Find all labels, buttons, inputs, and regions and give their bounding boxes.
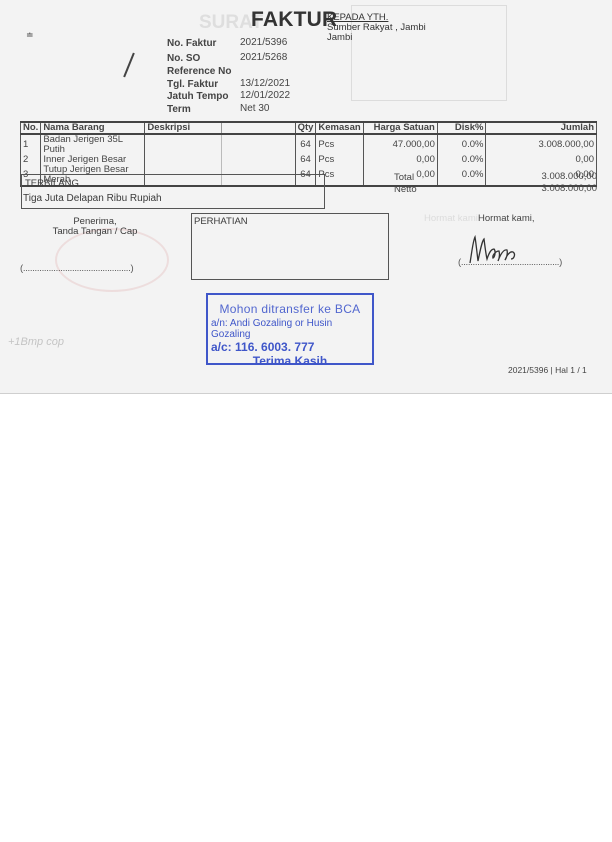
cell-kemasan: Pcs (316, 134, 363, 155)
info-value-jatuh-tempo: 12/01/2022 (240, 90, 290, 101)
perhatian-box: PERHATIAN (191, 213, 389, 280)
cell-qty: 64 (295, 134, 316, 155)
terbilang-value: Tiga Juta Delapan Ribu Rupiah (23, 193, 162, 204)
info-label-reference: Reference No (167, 66, 231, 77)
bank-thanks: Terima Kasih (208, 354, 372, 368)
col-header-nama-barang: Nama Barang (41, 122, 145, 134)
cell-no: 1 (21, 134, 41, 155)
col-header-blank (221, 122, 295, 134)
info-label-jatuh-tempo: Jatuh Tempo (167, 91, 228, 102)
table-header-row: No. Nama Barang Deskripsi Qty Kemasan Ha… (21, 122, 597, 134)
netto-value: 3.008.000,00 (542, 183, 597, 194)
cell-jumlah: 0,00 (486, 155, 597, 165)
sender-signature-line: (.......................................… (458, 257, 562, 268)
col-header-no: No. (21, 122, 41, 134)
bank-instruction: Mohon ditransfer ke BCA (208, 302, 372, 316)
col-header-qty: Qty (295, 122, 316, 134)
col-header-deskripsi: Deskripsi (145, 122, 221, 134)
page-footer-ref: 2021/5396 | Hal 1 / 1 (508, 365, 587, 375)
info-label-tgl-faktur: Tgl. Faktur (167, 79, 218, 90)
ghost-hormat-label: Hormat kami (424, 213, 478, 224)
cell-jumlah: 3.008.000,00 (486, 134, 597, 155)
cell-deskripsi (145, 155, 221, 165)
total-label: Total (394, 172, 414, 183)
info-value-no-so: 2021/5268 (240, 52, 287, 63)
cell-blank (221, 134, 295, 155)
sender-label: Hormat kami, (478, 213, 534, 224)
cell-qty: 64 (295, 155, 316, 165)
pen-mark (123, 53, 135, 78)
terbilang-label: TERBILANG (25, 178, 79, 189)
receiver-sign-caption: Tanda Tangan / Cap (0, 226, 190, 237)
receiver-signature-line: (.......................................… (20, 263, 133, 274)
bank-account-number: a/c: 116. 6003. 777 (208, 340, 372, 354)
cell-deskripsi (145, 134, 221, 155)
info-label-term: Term (167, 104, 191, 115)
company-stamp (55, 228, 169, 292)
cell-harga-satuan: 0,00 (363, 155, 437, 165)
col-header-disk: Disk% (437, 122, 486, 134)
handwritten-note: +1Bmp cop (8, 336, 64, 348)
cell-disk: 0.0% (437, 165, 486, 186)
bank-account-name: a/n: Andi Gozaling or Husin Gozaling (208, 318, 372, 340)
terbilang-box: TERBILANG Tiga Juta Delapan Ribu Rupiah (21, 174, 325, 209)
cell-harga-satuan: 47.000,00 (363, 134, 437, 155)
netto-label: Netto (394, 184, 417, 195)
table-row: 1 Badan Jerigen 35L Putih 64 Pcs 47.000,… (21, 134, 597, 155)
invoice-paper: SURAT ≐ FAKTUR KEPADA YTH. Sumber Rakyat… (0, 0, 612, 394)
info-label-no-faktur: No. Faktur (167, 38, 216, 49)
col-header-kemasan: Kemasan (316, 122, 363, 134)
info-value-no-faktur: 2021/5396 (240, 37, 287, 48)
cell-disk: 0.0% (437, 155, 486, 165)
recipient-city: Jambi (327, 32, 352, 43)
cell-no: 2 (21, 155, 41, 165)
total-value: 3.008.000,00 (542, 171, 597, 182)
stray-mark: ≐ (26, 30, 34, 41)
bank-transfer-stamp: Mohon ditransfer ke BCA a/n: Andi Gozali… (206, 293, 374, 365)
cell-nama-barang: Badan Jerigen 35L Putih (41, 134, 145, 155)
document-title: FAKTUR (251, 8, 337, 32)
perhatian-label: PERHATIAN (194, 216, 248, 227)
col-header-harga-satuan: Harga Satuan (363, 122, 437, 134)
info-value-term: Net 30 (240, 103, 269, 114)
cell-blank (221, 155, 295, 165)
info-label-no-so: No. SO (167, 53, 200, 64)
cell-disk: 0.0% (437, 134, 486, 155)
info-value-tgl-faktur: 13/12/2021 (240, 78, 290, 89)
col-header-jumlah: Jumlah (486, 122, 597, 134)
cell-kemasan: Pcs (316, 155, 363, 165)
